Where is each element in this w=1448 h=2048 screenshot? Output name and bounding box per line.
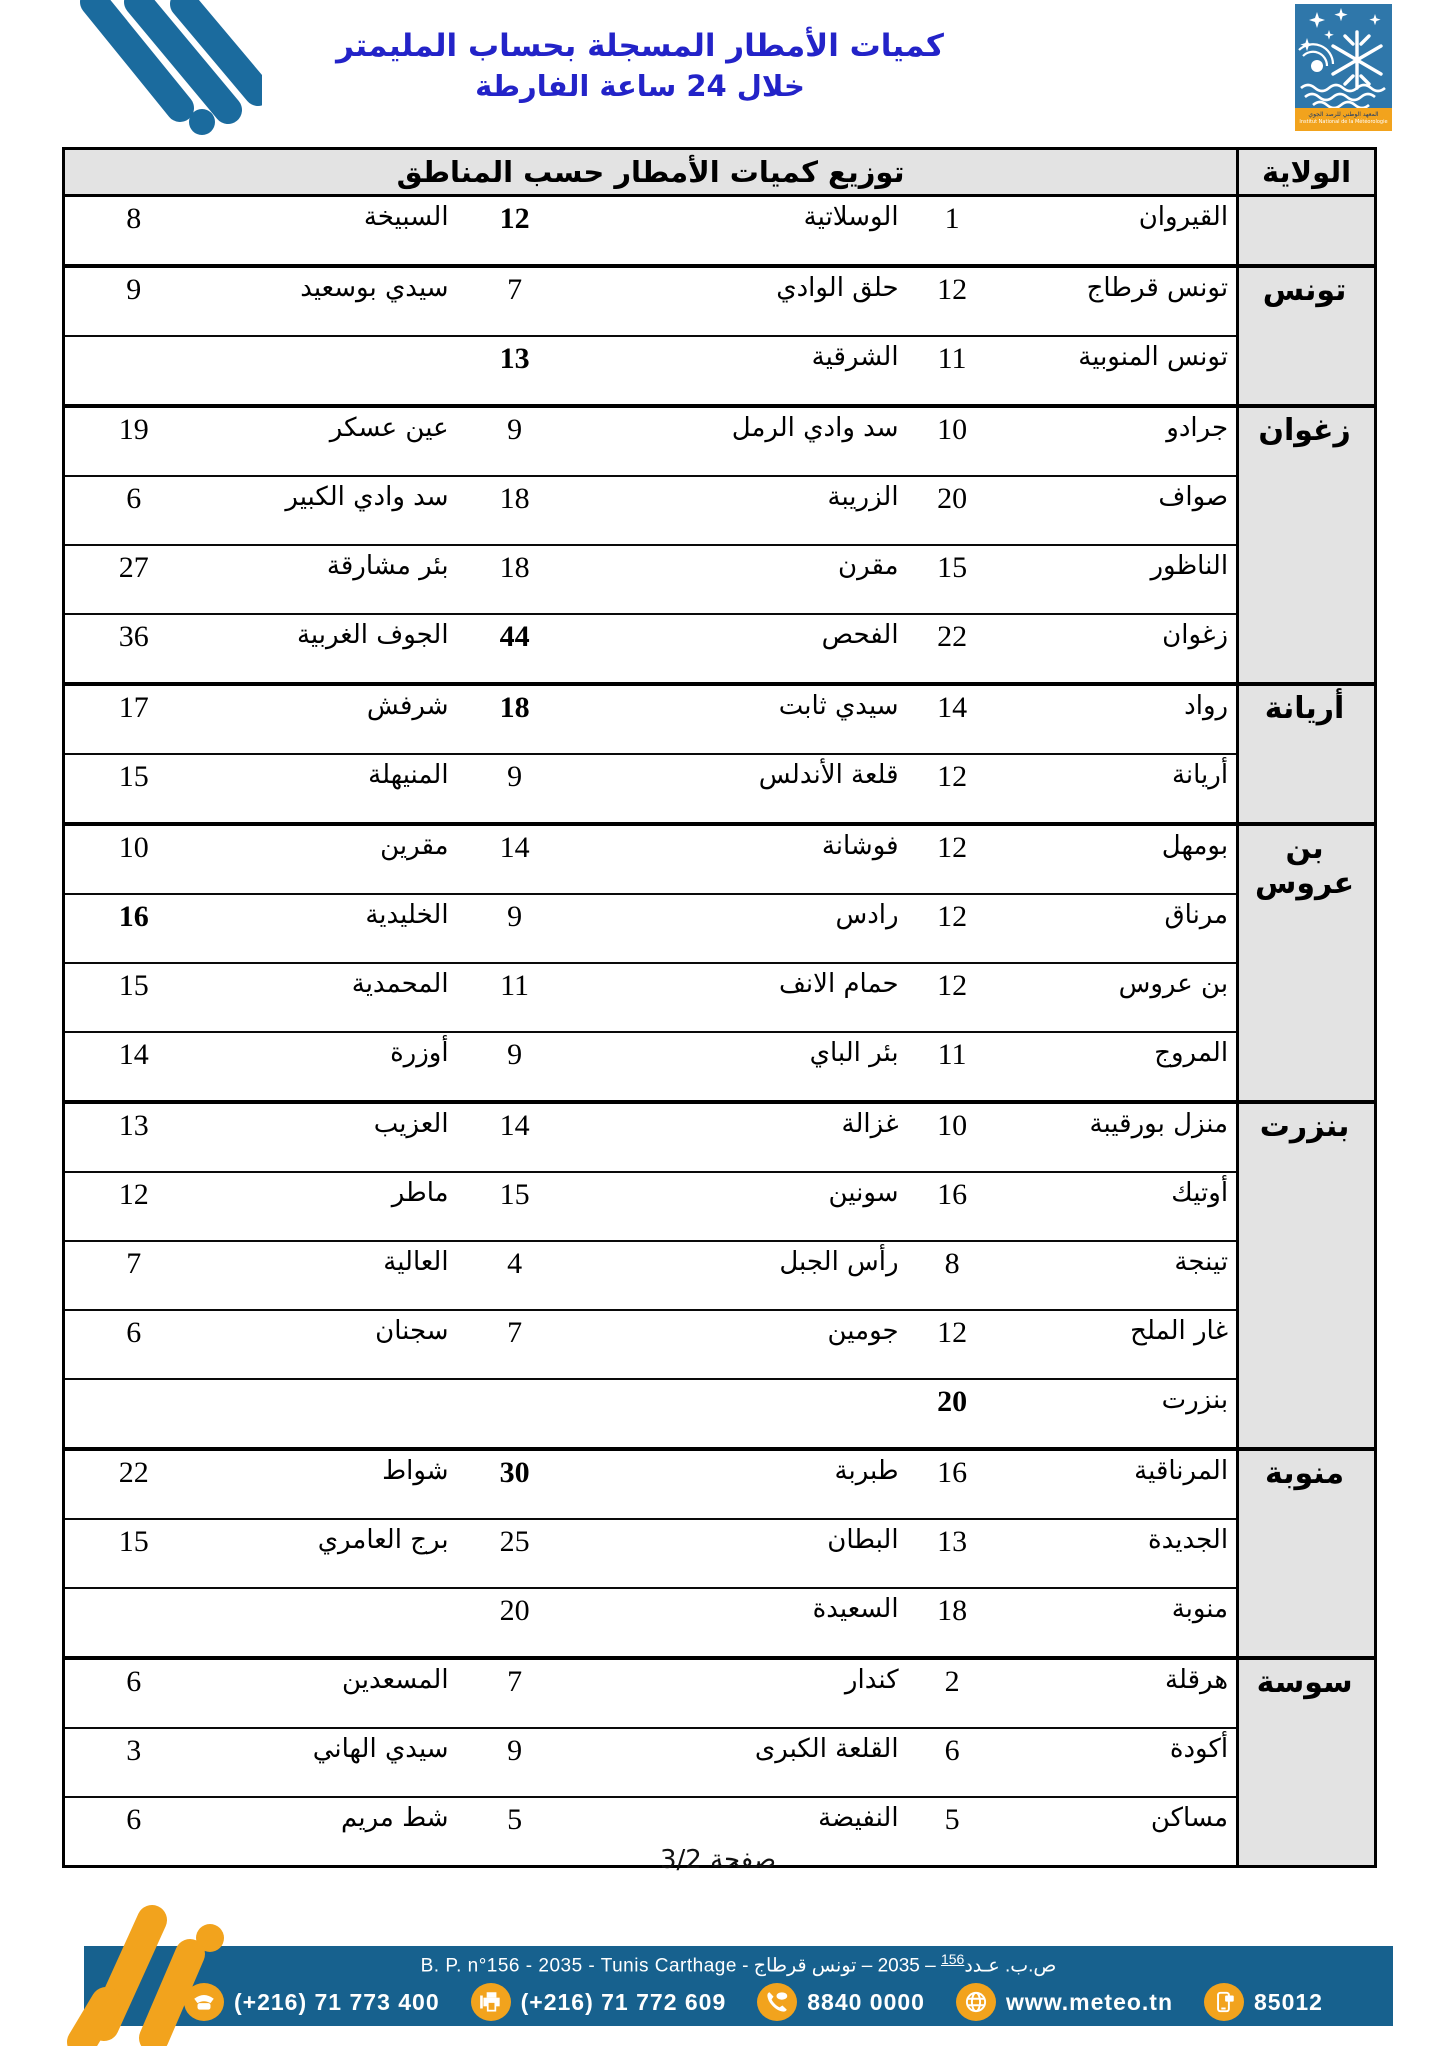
station-name-cell: البطان bbox=[577, 1519, 907, 1588]
contact-phone-value: (+216) 71 773 400 bbox=[234, 1989, 440, 2016]
rainfall-value-cell bbox=[457, 1379, 577, 1449]
rainfall-value-cell: 6 bbox=[907, 1728, 1002, 1797]
title-line-2: خلال 24 ساعة الفارطة bbox=[290, 66, 990, 106]
contact-callcenter-value: 8840 0000 bbox=[807, 1989, 925, 2016]
station-name-cell: سد وادي الكبير bbox=[207, 476, 457, 545]
rainfall-value-cell: 20 bbox=[907, 476, 1002, 545]
fax-icon bbox=[471, 1983, 511, 2021]
station-name-cell: رادس bbox=[577, 894, 907, 963]
rainfall-value-cell: 10 bbox=[907, 1102, 1002, 1172]
governorate-cell: بن عروس bbox=[1238, 824, 1376, 1102]
station-name-cell: حمام الانف bbox=[577, 963, 907, 1032]
rainfall-value-cell: 16 bbox=[907, 1449, 1002, 1519]
station-name-cell: برج العامري bbox=[207, 1519, 457, 1588]
station-name-cell: بئر مشارقة bbox=[207, 545, 457, 614]
call-icon bbox=[757, 1983, 797, 2021]
station-name-cell: المنيهلة bbox=[207, 754, 457, 824]
rainfall-value-cell: 15 bbox=[64, 754, 207, 824]
rainfall-value-cell: 22 bbox=[64, 1449, 207, 1519]
table-row: بن عروسبومهل12فوشانة14مقرين10 bbox=[64, 824, 1376, 894]
governorate-cell: منوبة bbox=[1238, 1449, 1376, 1658]
station-name-cell: الناظور bbox=[1002, 545, 1238, 614]
rainfall-value-cell: 12 bbox=[907, 754, 1002, 824]
station-name-cell: العالية bbox=[207, 1241, 457, 1310]
table-row: زغوانجرادو10سد وادي الرمل9عين عسكر19 bbox=[64, 406, 1376, 476]
rainfall-value-cell: 12 bbox=[457, 196, 577, 267]
station-name-cell: منزل بورقيبة bbox=[1002, 1102, 1238, 1172]
station-name-cell: العزيب bbox=[207, 1102, 457, 1172]
logo-dot bbox=[189, 109, 215, 135]
station-name-cell: سد وادي الرمل bbox=[577, 406, 907, 476]
rainfall-value-cell: 27 bbox=[64, 545, 207, 614]
table-row: تونس المنوبية11الشرقية13 bbox=[64, 336, 1376, 406]
rainfall-value-cell: 9 bbox=[457, 894, 577, 963]
station-name-cell: رأس الجبل bbox=[577, 1241, 907, 1310]
station-name-cell: القيروان bbox=[1002, 196, 1238, 267]
rainfall-value-cell: 12 bbox=[907, 1310, 1002, 1379]
station-name-cell: الوسلاتية bbox=[577, 196, 907, 267]
rainfall-value-cell: 11 bbox=[457, 963, 577, 1032]
meteo-strokes-logo bbox=[62, 0, 262, 135]
station-name-cell: مقرين bbox=[207, 824, 457, 894]
governorate-cell bbox=[1238, 196, 1376, 267]
governorate-cell: سوسة bbox=[1238, 1658, 1376, 1867]
distribution-header: توزيع كميات الأمطار حسب المناطق bbox=[64, 149, 1238, 196]
document-page: كميات الأمطار المسجلة بحساب المليمتر خلا… bbox=[0, 0, 1448, 2048]
station-name-cell: بومهل bbox=[1002, 824, 1238, 894]
rainfall-value-cell: 18 bbox=[907, 1588, 1002, 1658]
table-row: بن عروس12حمام الانف11المحمدية15 bbox=[64, 963, 1376, 1032]
rainfall-value-cell: 18 bbox=[457, 545, 577, 614]
rainfall-value-cell: 22 bbox=[907, 614, 1002, 684]
contact-fax: (+216) 71 772 609 bbox=[471, 1983, 727, 2021]
rainfall-value-cell: 10 bbox=[907, 406, 1002, 476]
station-name-cell: الزريبة bbox=[577, 476, 907, 545]
rainfall-value-cell: 12 bbox=[907, 894, 1002, 963]
address-arabic: ص.ب. عـدد bbox=[964, 1955, 1056, 1976]
station-name-cell: منوبة bbox=[1002, 1588, 1238, 1658]
station-name-cell: أوتيك bbox=[1002, 1172, 1238, 1241]
rainfall-value-cell: 17 bbox=[64, 684, 207, 754]
contact-fax-value: (+216) 71 772 609 bbox=[521, 1989, 727, 2016]
station-name-cell: الخليدية bbox=[207, 894, 457, 963]
rainfall-table: الولاية توزيع كميات الأمطار حسب المناطق … bbox=[62, 147, 1377, 1868]
table-row: القيروان1الوسلاتية12السبيخة8 bbox=[64, 196, 1376, 267]
rainfall-value-cell: 15 bbox=[457, 1172, 577, 1241]
table-row: غار الملح12جومين7سجنان6 bbox=[64, 1310, 1376, 1379]
rainfall-value-cell: 15 bbox=[64, 1519, 207, 1588]
station-name-cell: كندار bbox=[577, 1658, 907, 1728]
station-name-cell: قلعة الأندلس bbox=[577, 754, 907, 824]
title-line-1: كميات الأمطار المسجلة بحساب المليمتر bbox=[290, 26, 990, 66]
rain-table-body: القيروان1الوسلاتية12السبيخة8تونستونس قرط… bbox=[64, 196, 1376, 1867]
table-row: سوسةهرقلة2كندار7المسعدين6 bbox=[64, 1658, 1376, 1728]
station-name-cell bbox=[207, 1379, 457, 1449]
footer-band: ص.ب. عـدد156 – 2035 – تونس قرطاج - B. P.… bbox=[84, 1946, 1393, 2026]
address-latin: B. P. n°156 - 2035 - Tunis Carthage bbox=[421, 1955, 737, 1976]
rainfall-value-cell: 13 bbox=[457, 336, 577, 406]
table-row: تينجة8رأس الجبل4العالية7 bbox=[64, 1241, 1376, 1310]
station-name-cell: أريانة bbox=[1002, 754, 1238, 824]
table-row: منوبةالمرناقية16طبربة30شواط22 bbox=[64, 1449, 1376, 1519]
station-name-cell: سجنان bbox=[207, 1310, 457, 1379]
rainfall-value-cell: 16 bbox=[907, 1172, 1002, 1241]
station-name-cell: سيدي الهاني bbox=[207, 1728, 457, 1797]
rainfall-value-cell: 10 bbox=[64, 824, 207, 894]
rainfall-value-cell: 12 bbox=[907, 824, 1002, 894]
station-name-cell: المسعدين bbox=[207, 1658, 457, 1728]
rainfall-value-cell: 12 bbox=[64, 1172, 207, 1241]
rainfall-value-cell: 6 bbox=[64, 1310, 207, 1379]
contact-callcenter: 8840 0000 bbox=[757, 1983, 925, 2021]
rainfall-value-cell: 15 bbox=[907, 545, 1002, 614]
page-number: صفحة 3/2 bbox=[62, 1845, 1374, 1875]
table-header-row: الولاية توزيع كميات الأمطار حسب المناطق bbox=[64, 149, 1376, 196]
rainfall-value-cell: 7 bbox=[64, 1241, 207, 1310]
governorate-cell: بنزرت bbox=[1238, 1102, 1376, 1449]
inm-logo: المعهد الوطني للرصد الجوي Institut Natio… bbox=[1295, 4, 1392, 131]
station-name-cell: زغوان bbox=[1002, 614, 1238, 684]
rainfall-value-cell: 8 bbox=[907, 1241, 1002, 1310]
rainfall-value-cell: 7 bbox=[457, 266, 577, 336]
station-name-cell: صواف bbox=[1002, 476, 1238, 545]
station-name-cell: سيدي بوسعيد bbox=[207, 266, 457, 336]
station-name-cell: الفحص bbox=[577, 614, 907, 684]
inm-captions: المعهد الوطني للرصد الجوي Institut Natio… bbox=[1295, 108, 1392, 131]
address-box-number: 156 bbox=[941, 1951, 964, 1967]
governorate-header: الولاية bbox=[1238, 149, 1376, 196]
contact-sms-value: 85012 bbox=[1254, 1989, 1323, 2016]
address-line: ص.ب. عـدد156 – 2035 – تونس قرطاج - B. P.… bbox=[84, 1951, 1393, 1977]
contact-website-value: www.meteo.tn bbox=[1006, 1989, 1173, 2016]
rainfall-value-cell: 9 bbox=[457, 1032, 577, 1102]
station-name-cell: طبربة bbox=[577, 1449, 907, 1519]
table-row: أكودة6القلعة الكبرى9سيدي الهاني3 bbox=[64, 1728, 1376, 1797]
station-name-cell: تينجة bbox=[1002, 1241, 1238, 1310]
rainfall-value-cell: 9 bbox=[457, 1728, 577, 1797]
rainfall-value-cell: 4 bbox=[457, 1241, 577, 1310]
footer-deco-strokes bbox=[62, 1896, 262, 2046]
station-name-cell: أوزرة bbox=[207, 1032, 457, 1102]
table-row: بنزرت20 bbox=[64, 1379, 1376, 1449]
station-name-cell: عين عسكر bbox=[207, 406, 457, 476]
document-title: كميات الأمطار المسجلة بحساب المليمتر خلا… bbox=[290, 26, 990, 106]
station-name-cell: المحمدية bbox=[207, 963, 457, 1032]
rainfall-value-cell bbox=[64, 336, 207, 406]
station-name-cell bbox=[207, 1588, 457, 1658]
station-name-cell: السبيخة bbox=[207, 196, 457, 267]
station-name-cell: هرقلة bbox=[1002, 1658, 1238, 1728]
rainfall-value-cell: 20 bbox=[907, 1379, 1002, 1449]
table-row: أريانةرواد14سيدي ثابت18شرفش17 bbox=[64, 684, 1376, 754]
station-name-cell: ماطر bbox=[207, 1172, 457, 1241]
rainfall-value-cell: 9 bbox=[457, 754, 577, 824]
rainfall-value-cell: 25 bbox=[457, 1519, 577, 1588]
rainfall-value-cell: 36 bbox=[64, 614, 207, 684]
table-row: صواف20الزريبة18سد وادي الكبير6 bbox=[64, 476, 1376, 545]
rainfall-value-cell: 13 bbox=[907, 1519, 1002, 1588]
station-name-cell: سيدي ثابت bbox=[577, 684, 907, 754]
station-name-cell: سونين bbox=[577, 1172, 907, 1241]
rainfall-value-cell: 12 bbox=[907, 266, 1002, 336]
rainfall-value-cell: 7 bbox=[457, 1658, 577, 1728]
rainfall-value-cell: 18 bbox=[457, 684, 577, 754]
table-row: أوتيك16سونين15ماطر12 bbox=[64, 1172, 1376, 1241]
table-row: أريانة12قلعة الأندلس9المنيهلة15 bbox=[64, 754, 1376, 824]
inm-caption-arabic: المعهد الوطني للرصد الجوي bbox=[1295, 111, 1392, 119]
table-row: المروج11بئر الباي9أوزرة14 bbox=[64, 1032, 1376, 1102]
governorate-cell: أريانة bbox=[1238, 684, 1376, 824]
rainfall-value-cell: 9 bbox=[64, 266, 207, 336]
rainfall-value-cell: 13 bbox=[64, 1102, 207, 1172]
station-name-cell: جرادو bbox=[1002, 406, 1238, 476]
rainfall-value-cell: 12 bbox=[907, 963, 1002, 1032]
address-arabic-rest: – 2035 – تونس قرطاج - bbox=[737, 1955, 941, 1976]
contacts-row: (+216) 71 773 400 (+216) 71 772 609 8840… bbox=[84, 1977, 1393, 2021]
rainfall-value-cell: 19 bbox=[64, 406, 207, 476]
table-row: الجديدة13البطان25برج العامري15 bbox=[64, 1519, 1376, 1588]
station-name-cell: رواد bbox=[1002, 684, 1238, 754]
station-name-cell bbox=[207, 336, 457, 406]
contact-sms: 85012 bbox=[1204, 1983, 1323, 2021]
table-row: زغوان22الفحص44الجوف الغربية36 bbox=[64, 614, 1376, 684]
rainfall-value-cell: 30 bbox=[457, 1449, 577, 1519]
station-name-cell: تونس قرطاج bbox=[1002, 266, 1238, 336]
station-name-cell: فوشانة bbox=[577, 824, 907, 894]
rainfall-value-cell: 15 bbox=[64, 963, 207, 1032]
rainfall-value-cell: 16 bbox=[64, 894, 207, 963]
rainfall-value-cell: 14 bbox=[457, 1102, 577, 1172]
rainfall-value-cell: 14 bbox=[64, 1032, 207, 1102]
station-name-cell: غزالة bbox=[577, 1102, 907, 1172]
rainfall-value-cell: 9 bbox=[457, 406, 577, 476]
rainfall-value-cell: 1 bbox=[907, 196, 1002, 267]
table-row: منوبة18السعيدة20 bbox=[64, 1588, 1376, 1658]
table-row: تونستونس قرطاج12حلق الوادي7سيدي بوسعيد9 bbox=[64, 266, 1376, 336]
table-row: مرناق12رادس9الخليدية16 bbox=[64, 894, 1376, 963]
governorate-cell: زغوان bbox=[1238, 406, 1376, 684]
station-name-cell: الجوف الغربية bbox=[207, 614, 457, 684]
rainfall-value-cell: 8 bbox=[64, 196, 207, 267]
rainfall-value-cell: 6 bbox=[64, 1658, 207, 1728]
inm-caption-french: Institut National de la Météorologie bbox=[1295, 119, 1392, 126]
rainfall-value-cell: 44 bbox=[457, 614, 577, 684]
rainfall-value-cell bbox=[64, 1379, 207, 1449]
station-name-cell: جومين bbox=[577, 1310, 907, 1379]
globe-icon bbox=[956, 1983, 996, 2021]
rainfall-value-cell: 7 bbox=[457, 1310, 577, 1379]
rainfall-value-cell: 14 bbox=[457, 824, 577, 894]
sms-icon bbox=[1204, 1983, 1244, 2021]
station-name-cell: شرفش bbox=[207, 684, 457, 754]
rainfall-value-cell: 18 bbox=[457, 476, 577, 545]
station-name-cell: القلعة الكبرى bbox=[577, 1728, 907, 1797]
station-name-cell: بنزرت bbox=[1002, 1379, 1238, 1449]
rainfall-value-cell: 11 bbox=[907, 336, 1002, 406]
station-name-cell: بئر الباي bbox=[577, 1032, 907, 1102]
rainfall-value-cell: 3 bbox=[64, 1728, 207, 1797]
rainfall-value-cell bbox=[64, 1588, 207, 1658]
station-name-cell: المروج bbox=[1002, 1032, 1238, 1102]
governorate-cell: تونس bbox=[1238, 266, 1376, 406]
station-name-cell: المرناقية bbox=[1002, 1449, 1238, 1519]
station-name-cell: السعيدة bbox=[577, 1588, 907, 1658]
contact-website: www.meteo.tn bbox=[956, 1983, 1173, 2021]
rainfall-value-cell: 6 bbox=[64, 476, 207, 545]
station-name-cell: تونس المنوبية bbox=[1002, 336, 1238, 406]
station-name-cell: الشرقية bbox=[577, 336, 907, 406]
station-name-cell: غار الملح bbox=[1002, 1310, 1238, 1379]
station-name-cell: الجديدة bbox=[1002, 1519, 1238, 1588]
rainfall-value-cell: 2 bbox=[907, 1658, 1002, 1728]
rainfall-value-cell: 11 bbox=[907, 1032, 1002, 1102]
table-row: الناظور15مقرن18بئر مشارقة27 bbox=[64, 545, 1376, 614]
station-name-cell bbox=[577, 1379, 907, 1449]
station-name-cell: حلق الوادي bbox=[577, 266, 907, 336]
station-name-cell: بن عروس bbox=[1002, 963, 1238, 1032]
rainfall-value-cell: 14 bbox=[907, 684, 1002, 754]
table-row: بنزرتمنزل بورقيبة10غزالة14العزيب13 bbox=[64, 1102, 1376, 1172]
station-name-cell: مرناق bbox=[1002, 894, 1238, 963]
station-name-cell: مقرن bbox=[577, 545, 907, 614]
station-name-cell: شواط bbox=[207, 1449, 457, 1519]
station-name-cell: أكودة bbox=[1002, 1728, 1238, 1797]
rainfall-value-cell: 20 bbox=[457, 1588, 577, 1658]
